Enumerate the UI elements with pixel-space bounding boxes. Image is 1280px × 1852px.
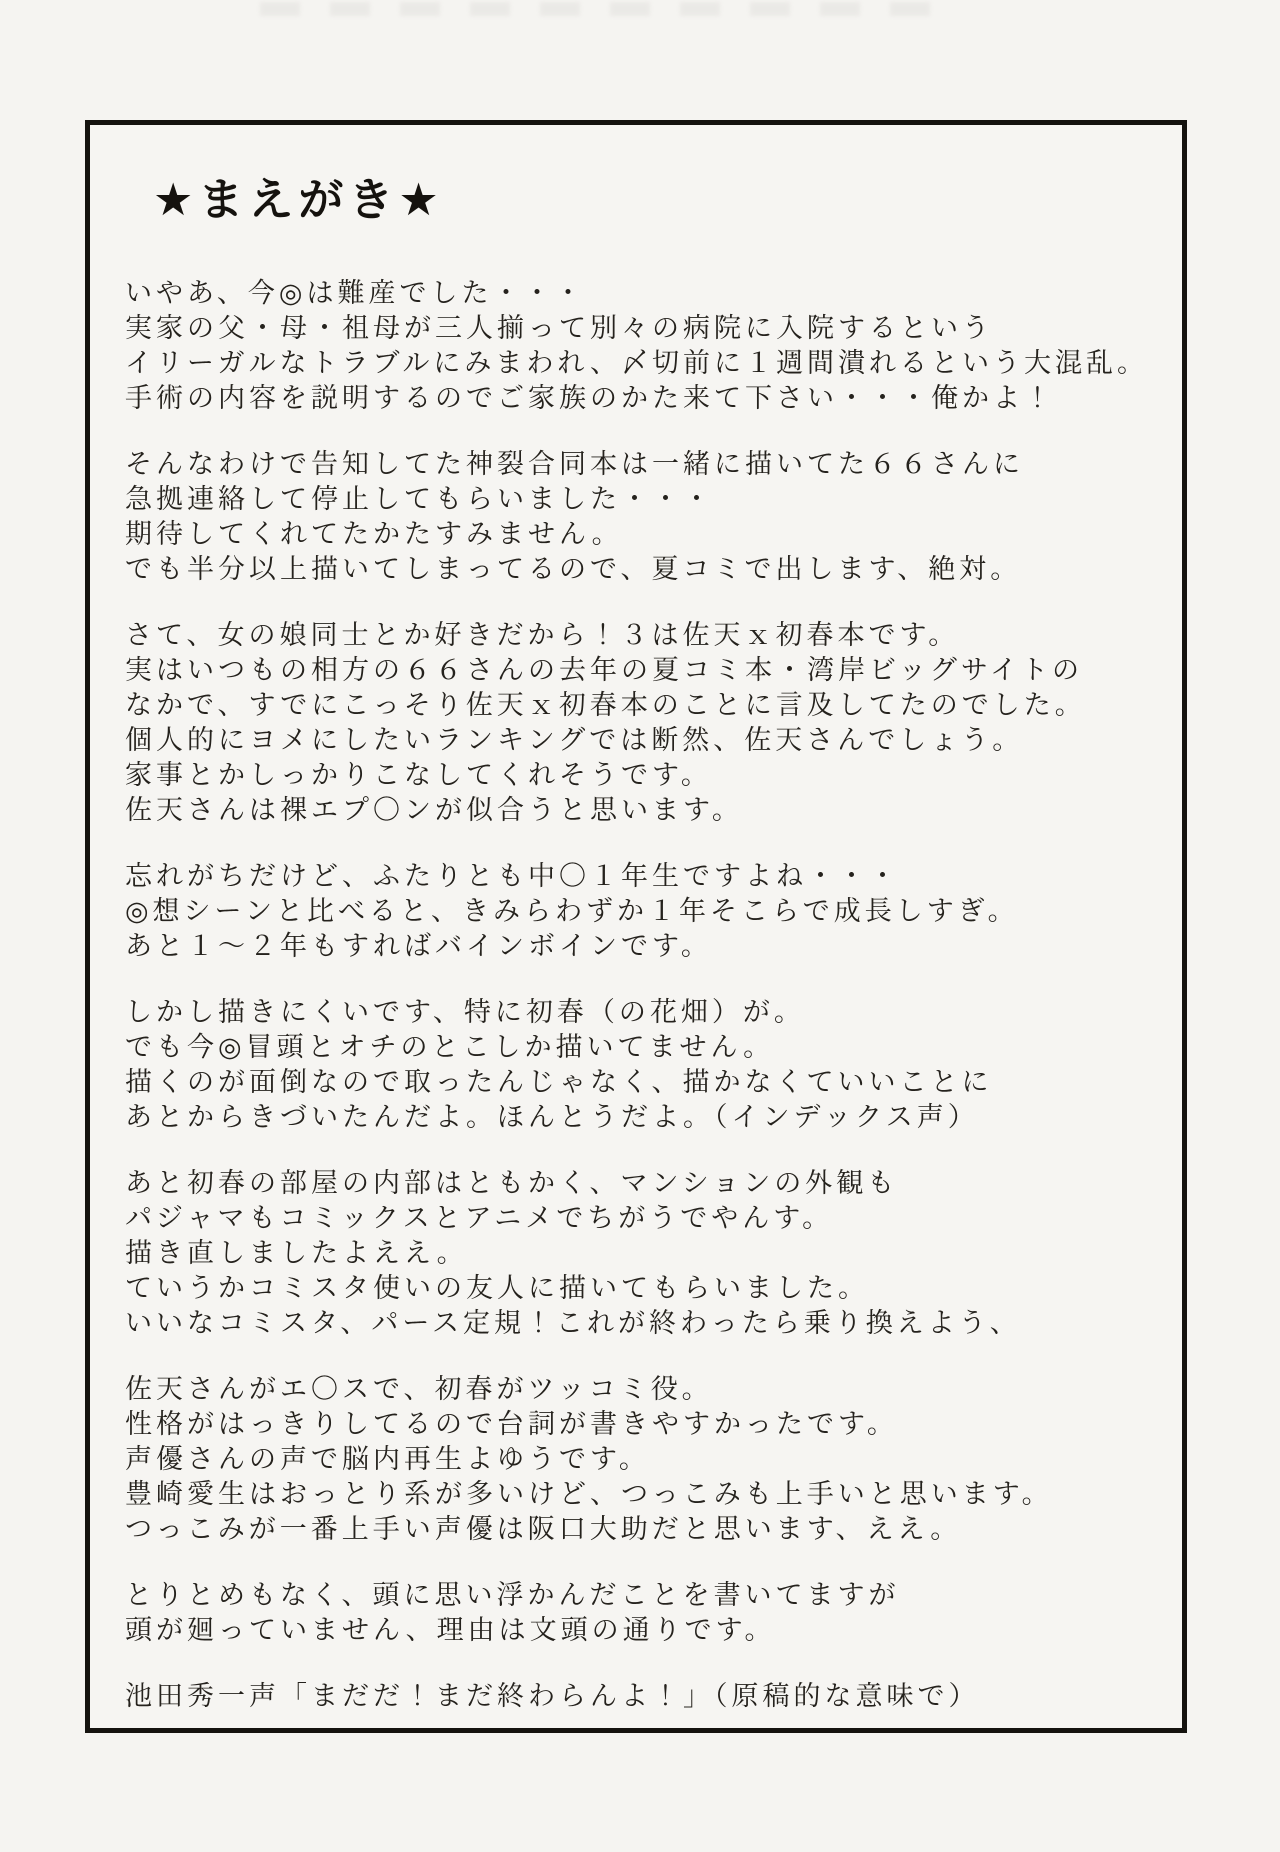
paragraph: 池田秀一声「まだだ！まだ終わらんよ！」（原稿的な意味で） xyxy=(125,1679,1162,1714)
page-title: ★まえがき★ xyxy=(153,163,1162,228)
paragraph: さて、女の娘同士とか好きだから！３は佐天ｘ初春本です。実はいつもの相方の６６さん… xyxy=(125,618,1162,828)
text-line: 忘れがちだけど、ふたりとも中〇１年生ですよね・・・ xyxy=(125,859,1162,894)
text-line: ◎想シーンと比べると、きみらわずか１年そこらで成長しすぎ。 xyxy=(125,894,1162,929)
preface-body: いやあ、今◎は難産でした・・・実家の父・母・祖母が三人揃って別々の病院に入院する… xyxy=(125,276,1162,1714)
text-line: 声優さんの声で脳内再生よゆうです。 xyxy=(125,1442,1162,1477)
text-line: パジャマもコミックスとアニメでちがうでやんす。 xyxy=(125,1201,1162,1236)
paragraph: そんなわけで告知してた神裂合同本は一緒に描いてた６６さんに急拠連絡して停止しても… xyxy=(125,447,1162,587)
text-line: 性格がはっきりしてるので台詞が書きやすかったです。 xyxy=(125,1407,1162,1442)
text-line: 池田秀一声「まだだ！まだ終わらんよ！」（原稿的な意味で） xyxy=(125,1679,1162,1714)
text-line: 手術の内容を説明するのでご家族のかた来て下さい・・・俺かよ！ xyxy=(125,381,1162,416)
text-line: いやあ、今◎は難産でした・・・ xyxy=(125,276,1162,311)
paragraph: あと初春の部屋の内部はともかく、マンションの外観もパジャマもコミックスとアニメで… xyxy=(125,1166,1162,1341)
paragraph: しかし描きにくいです、特に初春（の花畑）が。でも今◎冒頭とオチのとこしか描いてま… xyxy=(125,995,1162,1135)
text-line: 描くのが面倒なので取ったんじゃなく、描かなくていいことに xyxy=(125,1065,1162,1100)
text-line: あと１～２年もすればバインボインです。 xyxy=(125,929,1162,964)
text-line: あと初春の部屋の内部はともかく、マンションの外観も xyxy=(125,1166,1162,1201)
text-line: 描き直しましたよええ。 xyxy=(125,1236,1162,1271)
text-line: イリーガルなトラブルにみまわれ、〆切前に１週間潰れるという大混乱。 xyxy=(125,346,1162,381)
text-line: あとからきづいたんだよ。ほんとうだよ。（インデックス声） xyxy=(125,1100,1162,1135)
paragraph: いやあ、今◎は難産でした・・・実家の父・母・祖母が三人揃って別々の病院に入院する… xyxy=(125,276,1162,416)
paragraph: とりとめもなく、頭に思い浮かんだことを書いてますが頭が廻っていません、理由は文頭… xyxy=(125,1578,1162,1648)
text-line: そんなわけで告知してた神裂合同本は一緒に描いてた６６さんに xyxy=(125,447,1162,482)
scanned-page: { "page": { "title": "★まえがき★", "paragrap… xyxy=(0,0,1280,1852)
preface-content: ★まえがき★ いやあ、今◎は難産でした・・・実家の父・母・祖母が三人揃って別々の… xyxy=(125,163,1162,1708)
text-line: 期待してくれてたかたすみません。 xyxy=(125,517,1162,552)
text-line: とりとめもなく、頭に思い浮かんだことを書いてますが xyxy=(125,1578,1162,1613)
text-line: 家事とかしっかりこなしてくれそうです。 xyxy=(125,758,1162,793)
text-line: つっこみが一番上手い声優は阪口大助だと思います、ええ。 xyxy=(125,1512,1162,1547)
text-line: 実家の父・母・祖母が三人揃って別々の病院に入院するという xyxy=(125,311,1162,346)
text-line: でも半分以上描いてしまってるので、夏コミで出します、絶対。 xyxy=(125,552,1162,587)
text-line: 豊崎愛生はおっとり系が多いけど、つっこみも上手いと思います。 xyxy=(125,1477,1162,1512)
text-line: 急拠連絡して停止してもらいました・・・ xyxy=(125,482,1162,517)
paper-background: ★まえがき★ いやあ、今◎は難産でした・・・実家の父・母・祖母が三人揃って別々の… xyxy=(0,0,1280,1852)
text-line: しかし描きにくいです、特に初春（の花畑）が。 xyxy=(125,995,1162,1030)
text-line: いいなコミスタ、パース定規！これが終わったら乗り換えよう、 xyxy=(125,1306,1162,1341)
text-line: 佐天さんは裸エプ〇ンが似合うと思います。 xyxy=(125,793,1162,828)
text-line: でも今◎冒頭とオチのとこしか描いてません。 xyxy=(125,1030,1162,1065)
page-top-bleedthrough xyxy=(260,2,960,16)
text-line: 佐天さんがエ〇スで、初春がツッコミ役。 xyxy=(125,1372,1162,1407)
text-line: なかで、すでにこっそり佐天ｘ初春本のことに言及してたのでした。 xyxy=(125,688,1162,723)
text-line: さて、女の娘同士とか好きだから！３は佐天ｘ初春本です。 xyxy=(125,618,1162,653)
text-line: ていうかコミスタ使いの友人に描いてもらいました。 xyxy=(125,1271,1162,1306)
preface-frame: ★まえがき★ いやあ、今◎は難産でした・・・実家の父・母・祖母が三人揃って別々の… xyxy=(85,120,1187,1733)
text-line: 実はいつもの相方の６６さんの去年の夏コミ本・湾岸ビッグサイトの xyxy=(125,653,1162,688)
text-line: 頭が廻っていません、理由は文頭の通りです。 xyxy=(125,1613,1162,1648)
paragraph: 佐天さんがエ〇スで、初春がツッコミ役。性格がはっきりしてるので台詞が書きやすかっ… xyxy=(125,1372,1162,1547)
paragraph: 忘れがちだけど、ふたりとも中〇１年生ですよね・・・◎想シーンと比べると、きみらわ… xyxy=(125,859,1162,964)
text-line: 個人的にヨメにしたいランキングでは断然、佐天さんでしょう。 xyxy=(125,723,1162,758)
